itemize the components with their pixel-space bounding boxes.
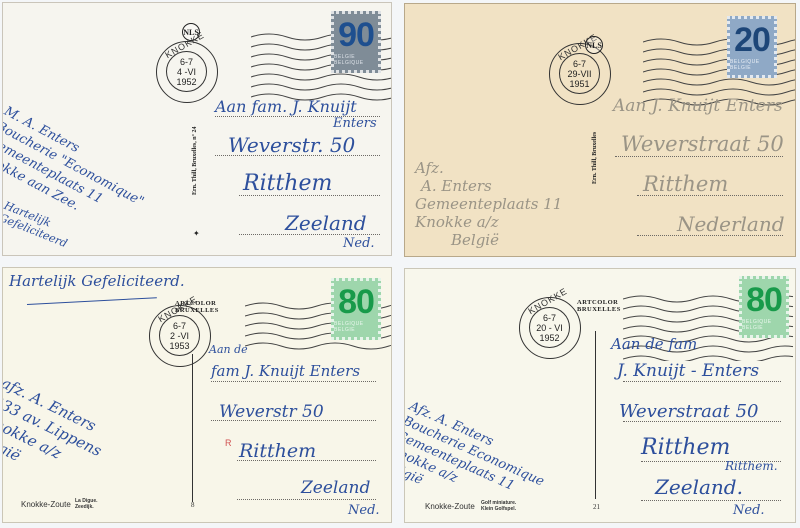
publisher-credit: Ern. Thill, Bruxelles xyxy=(592,132,598,184)
red-mark: R xyxy=(225,438,232,448)
address-country: Ned. xyxy=(733,503,765,518)
publisher-name: ARTCOLOR xyxy=(577,299,621,306)
publisher-credit: Ern. Thill, Bruxelles, n° 24 xyxy=(192,127,198,195)
address-line xyxy=(237,499,376,500)
address-street: Weverstr. 50 xyxy=(228,133,355,157)
sender-line-2: A. Enters xyxy=(421,177,568,195)
card-divider xyxy=(595,331,596,499)
stamp-value: 20 xyxy=(734,23,770,57)
postcard-1951-july-29: KNOKKE 6-7 29-VII 1951 NLS 20 BELGIQUE B… xyxy=(404,3,796,257)
sender-block: Afz. A. Enters Gemeenteplaats 11 Knokke … xyxy=(415,159,562,249)
caption-dutch: Zeedijk. xyxy=(75,504,98,510)
address-line-1: Aan fam. J. Knuijt xyxy=(215,97,357,116)
address-country: Ned. xyxy=(348,503,380,518)
card-caption-subject: La Digue. Zeedijk. xyxy=(75,498,98,510)
address-town: Ritthem xyxy=(239,440,316,462)
stamp-country: BELGIQUE BELGIE xyxy=(730,59,774,71)
card-divider xyxy=(192,354,193,502)
postmark: KNOKKE 6-7 20 - VI 1952 xyxy=(519,297,581,359)
postmark: KNOKKE 6-7 29-VII 1951 xyxy=(549,43,611,105)
postmark-date: 2 -VI xyxy=(170,331,189,341)
address-province: Zeeland. xyxy=(655,475,743,499)
address-line-2: fam J. Knuijt Enters xyxy=(211,362,360,380)
stamp-value: 80 xyxy=(338,285,374,319)
postcard-1953-june-2: Hartelijk Gefeliciteerd. ARTCOLOR BRUXEL… xyxy=(2,267,392,523)
card-number: 8 xyxy=(191,501,195,509)
address-street: Weverstr 50 xyxy=(219,402,324,422)
card-number: 21 xyxy=(593,503,600,511)
address-town: Ritthem xyxy=(641,435,730,460)
sender-block: afz. A. Enters 233 av. Lippens Knokke a/… xyxy=(2,373,114,497)
postmark-year: 1951 xyxy=(569,79,589,89)
postage-stamp: 20 BELGIQUE BELGIE xyxy=(727,16,777,78)
card-caption-place: Knokke-Zoute xyxy=(21,500,71,509)
sender-line-4: Knokke a/z xyxy=(415,213,562,231)
address-province: Zeeland xyxy=(285,211,367,235)
postmark-date: 20 - VI xyxy=(536,323,563,333)
address-country: Nederland xyxy=(677,212,785,236)
stamp-value: 80 xyxy=(746,283,782,317)
address-province: Zeeland xyxy=(301,478,370,498)
card-caption-subject: Golf miniature. Klein Golfspel. xyxy=(481,500,516,512)
postmark-time: 6-7 xyxy=(543,313,556,323)
address-line xyxy=(641,500,781,501)
caption-dutch: Klein Golfspel. xyxy=(481,506,516,512)
stamp-value: 90 xyxy=(338,18,374,52)
address-line-1: Aan de xyxy=(209,343,248,356)
address-street: Weverstraat 50 xyxy=(619,401,759,422)
address-line-1: Aan de fam xyxy=(611,335,697,353)
postmark-time: 6-7 xyxy=(573,59,586,69)
stamp-country: BELGIQUE BELGIE xyxy=(742,319,786,331)
stamp-country: BELGIQUE BELGIE xyxy=(334,321,378,333)
address-town: Ritthem xyxy=(243,171,332,196)
publisher-logo-icon: NLS xyxy=(585,36,603,54)
postcard-1952-june-4: NLS KNOKKE 6-7 4 -VI 1952 90 BELGIE BELG… xyxy=(2,2,392,256)
publisher-credit: ARTCOLOR BRUXELLES xyxy=(577,299,621,313)
address-line-2: Enters xyxy=(333,116,377,131)
address-line-2: J. Knuijt - Enters xyxy=(617,361,759,381)
postmark-time: 6-7 xyxy=(173,321,186,331)
ornament-icon: ✦ xyxy=(193,229,200,238)
card-caption-place: Knokke-Zoute xyxy=(425,502,475,511)
postage-stamp: 90 BELGIE BELGIQUE xyxy=(331,11,381,73)
publisher-city: BRUXELLES xyxy=(577,306,621,313)
postmark-year: 1953 xyxy=(169,341,189,351)
postage-stamp: 80 BELGIQUE BELGIE xyxy=(331,278,381,340)
postmark-date: 4 -VI xyxy=(177,67,196,77)
address-line xyxy=(615,156,783,157)
sender-line-5: België xyxy=(451,231,598,249)
greeting-text: Hartelijk Gefeliciteerd. xyxy=(9,272,185,290)
postmark-date: 29-VII xyxy=(567,69,591,79)
address-line xyxy=(623,381,781,382)
postage-stamp: 80 BELGIQUE BELGIE xyxy=(739,276,789,338)
address-line-1: Aan J. Knuijt Enters xyxy=(613,96,783,116)
sender-line-3: Gemeenteplaats 11 xyxy=(415,195,562,213)
postmark: KNOKKE 6-7 2 -VI 1953 xyxy=(149,305,211,367)
postmark-year: 1952 xyxy=(176,77,196,87)
postmark-year: 1952 xyxy=(539,333,559,343)
address-country: Ned. xyxy=(343,236,375,251)
address-line xyxy=(211,381,376,382)
address-town-repeat: Ritthem. xyxy=(725,459,778,473)
address-street: Weverstraat 50 xyxy=(621,132,784,156)
sender-line-1: Afz. xyxy=(415,159,562,177)
address-town: Ritthem xyxy=(643,172,728,196)
postcard-1952-june-20: KNOKKE 6-7 20 - VI 1952 ARTCOLOR BRUXELL… xyxy=(404,268,796,523)
postmark: KNOKKE 6-7 4 -VI 1952 xyxy=(156,41,218,103)
greeting-underline xyxy=(27,297,157,305)
stamp-country: BELGIE BELGIQUE xyxy=(334,54,378,66)
postmark-time: 6-7 xyxy=(180,57,193,67)
